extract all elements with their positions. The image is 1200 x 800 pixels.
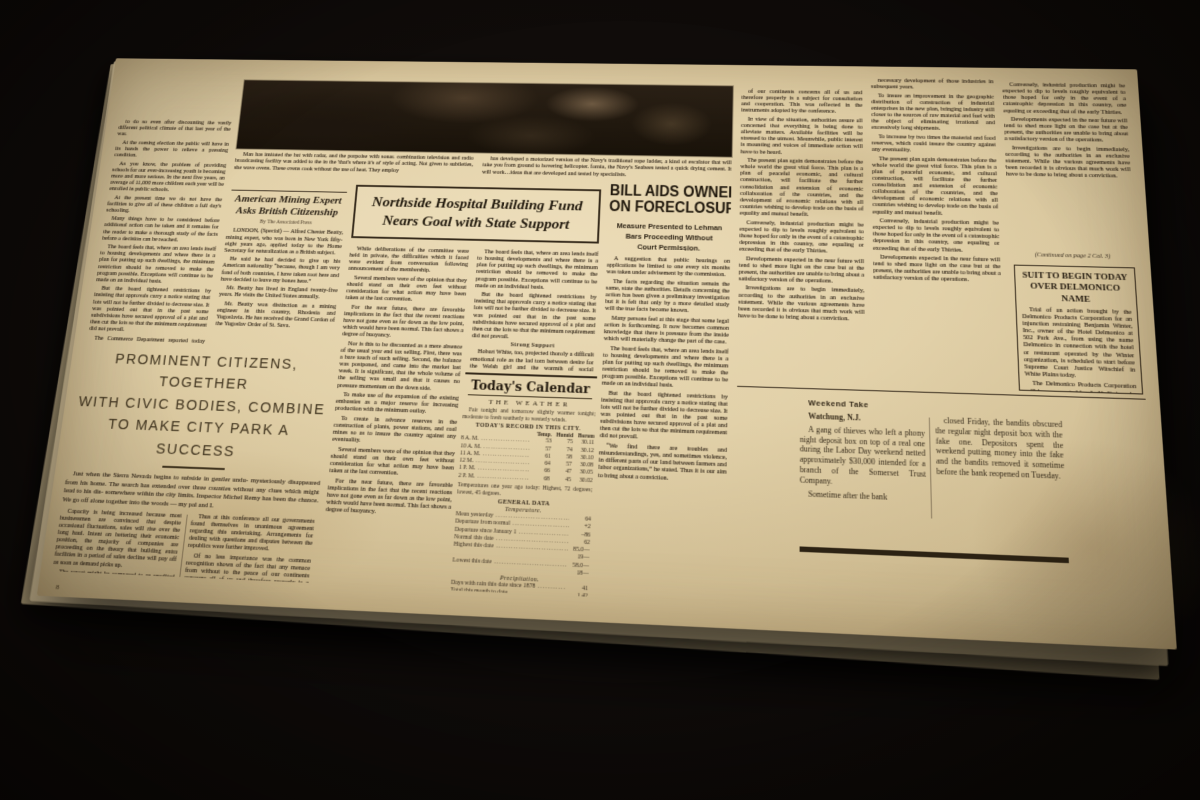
continued-line: (Continued on page 2 Col. 3) [1009, 251, 1136, 261]
paragraph: At the coming election the public will h… [114, 139, 229, 160]
paragraph: The board feels that, where an area lend… [96, 244, 217, 286]
todays-calendar-box: Today's Calendar THE WEATHER Fair tonigh… [450, 372, 597, 596]
article-suit-delmonico: SUIT TO BEGIN TODAY OVER DELMONICO NAME … [1014, 265, 1143, 395]
right-column-a: of our continents concerns all of us and… [737, 88, 865, 382]
article-bill-aids-owner: BILL AIDS OWNER ON FORECLOSURE Measure P… [593, 184, 731, 602]
northside-column-right: The board feels that, where an area lend… [470, 248, 599, 373]
paragraph: Trial of an action brought by the Delmon… [1022, 306, 1136, 381]
paragraph: Many persons feel at this stage that som… [604, 314, 729, 345]
paragraph: “We find there are troubles and misunder… [598, 442, 727, 484]
article-mining-expert: American Mining Expert Asks British Citi… [212, 190, 347, 354]
table-cell: 45 [549, 476, 571, 484]
paragraph: Hobart White, too, projected thoroly a d… [470, 348, 595, 373]
prominent-column-right: Thus at this conference all our governme… [177, 512, 315, 582]
right-column-c: Conversely, industrial production might … [1002, 81, 1136, 250]
paragraph: Nor is this to be discounted as a mere a… [337, 340, 462, 393]
paragraph: But the board tightened restrictions by … [600, 389, 728, 444]
calendar-title: Today's Calendar [464, 377, 597, 396]
paragraph: While deliberations of the committee wer… [348, 245, 469, 275]
newspaper-wrap: Man has imitated the bat with radar, and… [35, 58, 1177, 661]
paragraph: Conversely, industrial production might … [1002, 81, 1127, 115]
paragraph: To increase by two times the material an… [872, 133, 997, 155]
paragraph: The Delmonico Products Corporation will … [1025, 380, 1139, 395]
paragraph: Conversely, industrial production might … [873, 217, 1000, 254]
paragraph: Mr. Beatty has lived in England twenty-f… [219, 284, 338, 301]
right-column-b: necessary development of those industrie… [871, 77, 1005, 386]
news-photograph [236, 80, 732, 156]
paragraph: Conversely, industrial production might … [739, 219, 864, 256]
northside-column-left: While deliberations of the committee wer… [319, 245, 469, 589]
paragraph: of our continents concerns all of us and… [741, 88, 862, 115]
paragraph: Thus at this conference all our governme… [188, 512, 315, 554]
paragraph: Developments expected in the near future… [1004, 116, 1129, 144]
paragraph: The present plan again demonstrates befo… [872, 155, 999, 218]
paragraph: The present plan again demonstrates befo… [740, 157, 864, 219]
paragraph: A gang of thieves who left a phony night… [800, 424, 926, 490]
table-cell: 1.42 [566, 593, 588, 597]
mining-headline-line2: Asks British Citizenship [228, 205, 345, 219]
paragraph: The board feels that, where an area lend… [602, 345, 729, 391]
paragraph: Of no less importance was the common rec… [181, 552, 311, 583]
article-prominent-citizens: PROMINENT CITIZENS, TOGETHER WITH CIVIC … [52, 348, 332, 583]
paragraph: Capacity is being increased because most… [53, 507, 182, 571]
paragraph: LONDON, (Special) — Alfred Chester Beatt… [224, 227, 343, 256]
column-rule [929, 417, 932, 518]
paragraph: to do so even after discounting the vast… [117, 118, 232, 138]
paragraph: To insure an improvement in the geograph… [871, 92, 995, 133]
weekend-column-left: A gang of thieves who left a phony night… [800, 424, 927, 504]
prominent-headline-line3: TO MAKE CITY PARK A SUCCESS [69, 413, 326, 467]
weather-table: 8 A. M.537530.1110 A. M.577430.1211 A. M… [458, 436, 594, 485]
table-cell: 68 [528, 475, 550, 483]
page-number: 8 [55, 583, 60, 592]
paragraph: Developments expected in the near future… [739, 255, 865, 286]
northside-colR-rest: Hobart White, too, projected thoroly a d… [470, 348, 595, 373]
newspaper-page: Man has imitated the bat with radar, and… [37, 58, 1177, 649]
paragraph: Several members were of the opinion that… [329, 445, 455, 479]
northside-colR-top: The board feels that, where an area lend… [472, 248, 599, 342]
paragraph: But the board tightened restrictions by … [472, 291, 597, 343]
paragraph: To create in advance reserves in the con… [332, 415, 457, 448]
article-column-left: to do so even after discounting the vast… [87, 118, 231, 345]
northside-headline-box: Northside Hospital Building Fund Nears G… [351, 185, 601, 244]
prominent-column-left: Capacity is being increased because most… [52, 507, 182, 583]
paragraph: A suggestion that public hearings on app… [606, 255, 730, 278]
caption-text: has developed a motorized version of the… [482, 156, 732, 180]
paragraph: closed Friday, the bandits obscured the … [935, 416, 1065, 482]
paragraph: The board feels that, where an area lend… [475, 248, 598, 292]
weekend-dateline: Watchung, N.J. [800, 411, 925, 425]
paragraph: For the near future, there are favorable… [342, 304, 465, 342]
paragraph: Investigations are to begin immediately,… [738, 285, 865, 323]
suit-headline-line2: OVER DELMONICO NAME [1021, 281, 1131, 306]
paragraph: Many things have to be considered before… [102, 215, 220, 244]
headline-rule [162, 466, 225, 470]
paragraph: For the near future, there are favorable… [325, 477, 453, 519]
paragraph: necessary development of those industrie… [871, 77, 994, 91]
paragraph: The Commerce Department reported today t… [87, 334, 205, 345]
bill-headline-line2: ON FORECLOSURE [609, 200, 721, 218]
paragraph: Investigations are to begin immediately,… [1005, 145, 1131, 181]
mining-body: LONDON, (Special) — Alfred Chester Beatt… [215, 227, 343, 330]
northside-headline-line2: Nears Goal with State Support [354, 211, 598, 235]
bill-deck: Measure Presented to Lehman Bars Proceed… [607, 220, 730, 254]
mining-byline: By The Associated Press [227, 219, 344, 227]
table-cell: 58.0—18— [567, 562, 590, 578]
paragraph: In view of the situation, authorities as… [741, 116, 863, 157]
general-data-table: Mean yesterday64Departure from normal+2D… [452, 511, 591, 578]
photo-caption-left: Man has imitated the bat with radar, and… [233, 152, 474, 185]
paragraph: Several members were of the opinion that… [345, 274, 467, 304]
paragraph: Mr. Beatty won distinction as a mining e… [215, 300, 336, 330]
weekend-column-right: closed Friday, the bandits obscured the … [935, 416, 1065, 486]
paragraph: The facts regarding the situation remain… [605, 278, 730, 316]
caption-text: Man has imitated the bat with radar, and… [234, 152, 474, 176]
paragraph: To make use of the expansion of the exis… [335, 391, 459, 416]
paragraph: He said he had decided to give up his Am… [221, 256, 341, 286]
paragraph: Sometime after the bank [800, 489, 927, 504]
bill-body: A suggestion that public hearings on app… [598, 255, 730, 484]
paragraph: At the present time we do not have the f… [106, 194, 223, 216]
photo-backdrop: Man has imitated the bat with radar, and… [0, 0, 1200, 800]
table-cell: 2 P. M. [458, 472, 528, 482]
paragraph: As you know, the problem of providing sc… [109, 160, 227, 194]
suit-body: Trial of an action brought by the Delmon… [1022, 306, 1139, 395]
table-cell: 85.0—19— [567, 546, 590, 562]
table-cell: Departure from normal [450, 595, 565, 596]
paragraph: Developments expected in the near future… [873, 254, 1001, 285]
paragraph: But the board tightened restrictions by … [89, 285, 212, 335]
article-weekend-take: Weekend Take Watchung, N.J. A gang of th… [800, 398, 1069, 556]
table-cell: 30.02 [571, 477, 593, 485]
